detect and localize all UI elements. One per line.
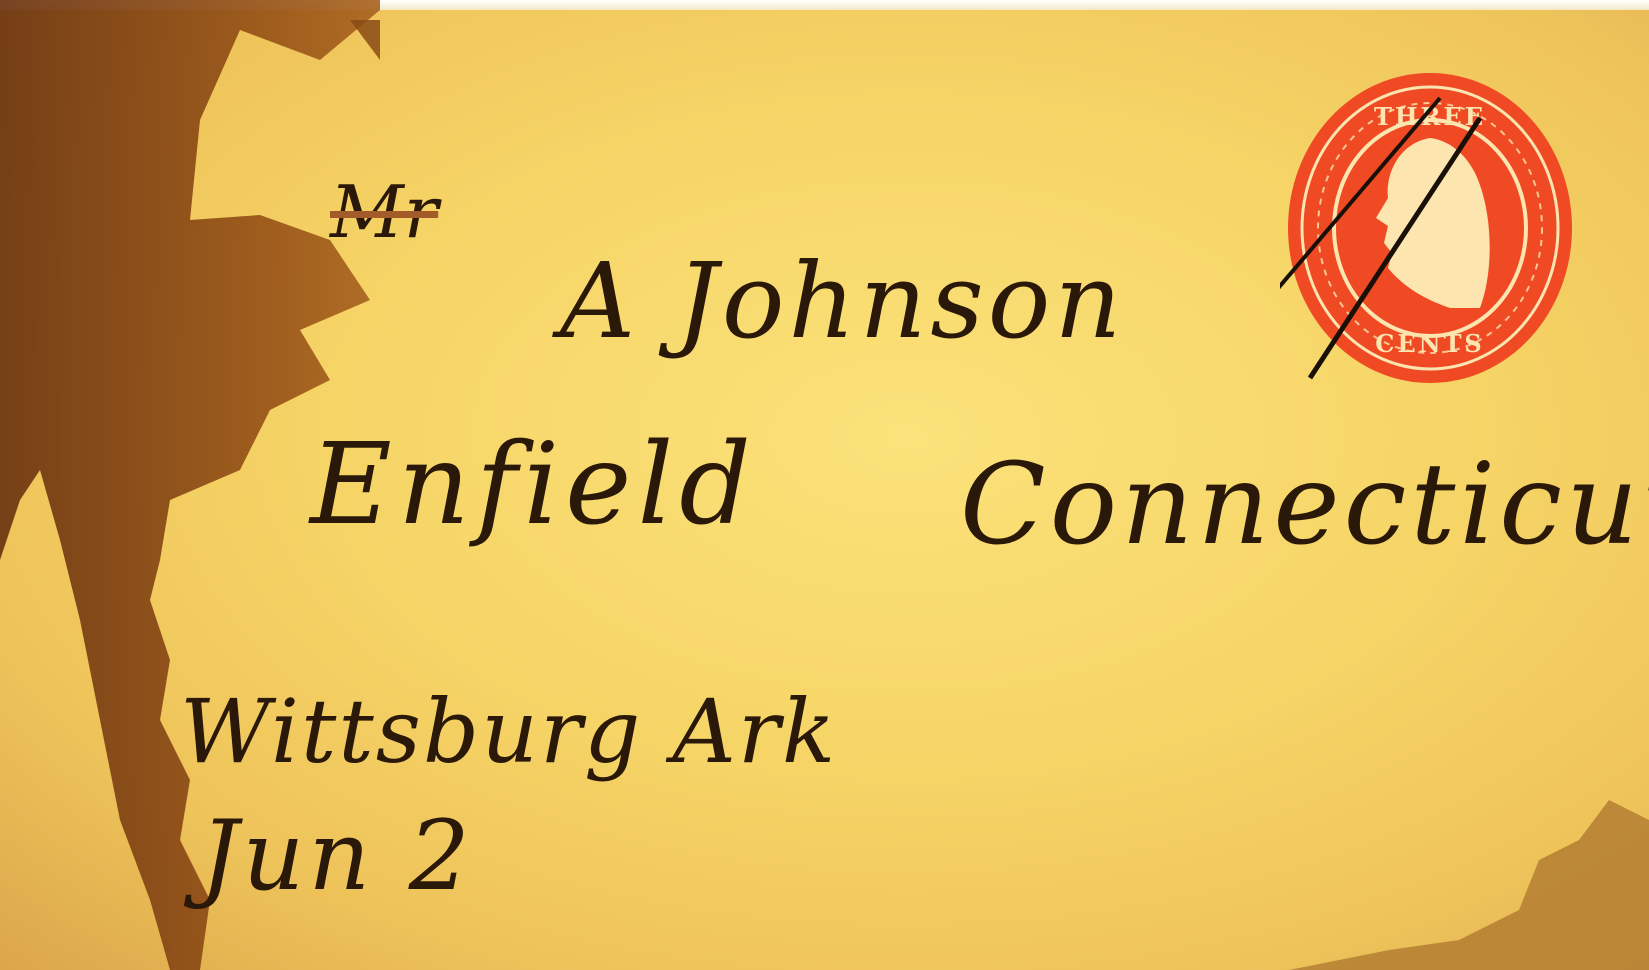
recipient-name: A Johnson [560, 240, 1125, 362]
envelope: Mr A Johnson Enfield Connecticut Wittsbu… [0, 0, 1649, 970]
postmark-date: Jun 2 [200, 800, 474, 912]
recipient-city: Enfield [310, 420, 757, 550]
water-stain-bottom-right [1289, 800, 1649, 970]
postmark-origin: Wittsburg Ark [180, 680, 837, 783]
pen-cancel-icon [1280, 68, 1580, 388]
recipient-state: Connecticut [960, 440, 1649, 570]
stamp-indicium: THREE CENTS [1280, 68, 1580, 388]
honorific: Mr [330, 170, 438, 254]
